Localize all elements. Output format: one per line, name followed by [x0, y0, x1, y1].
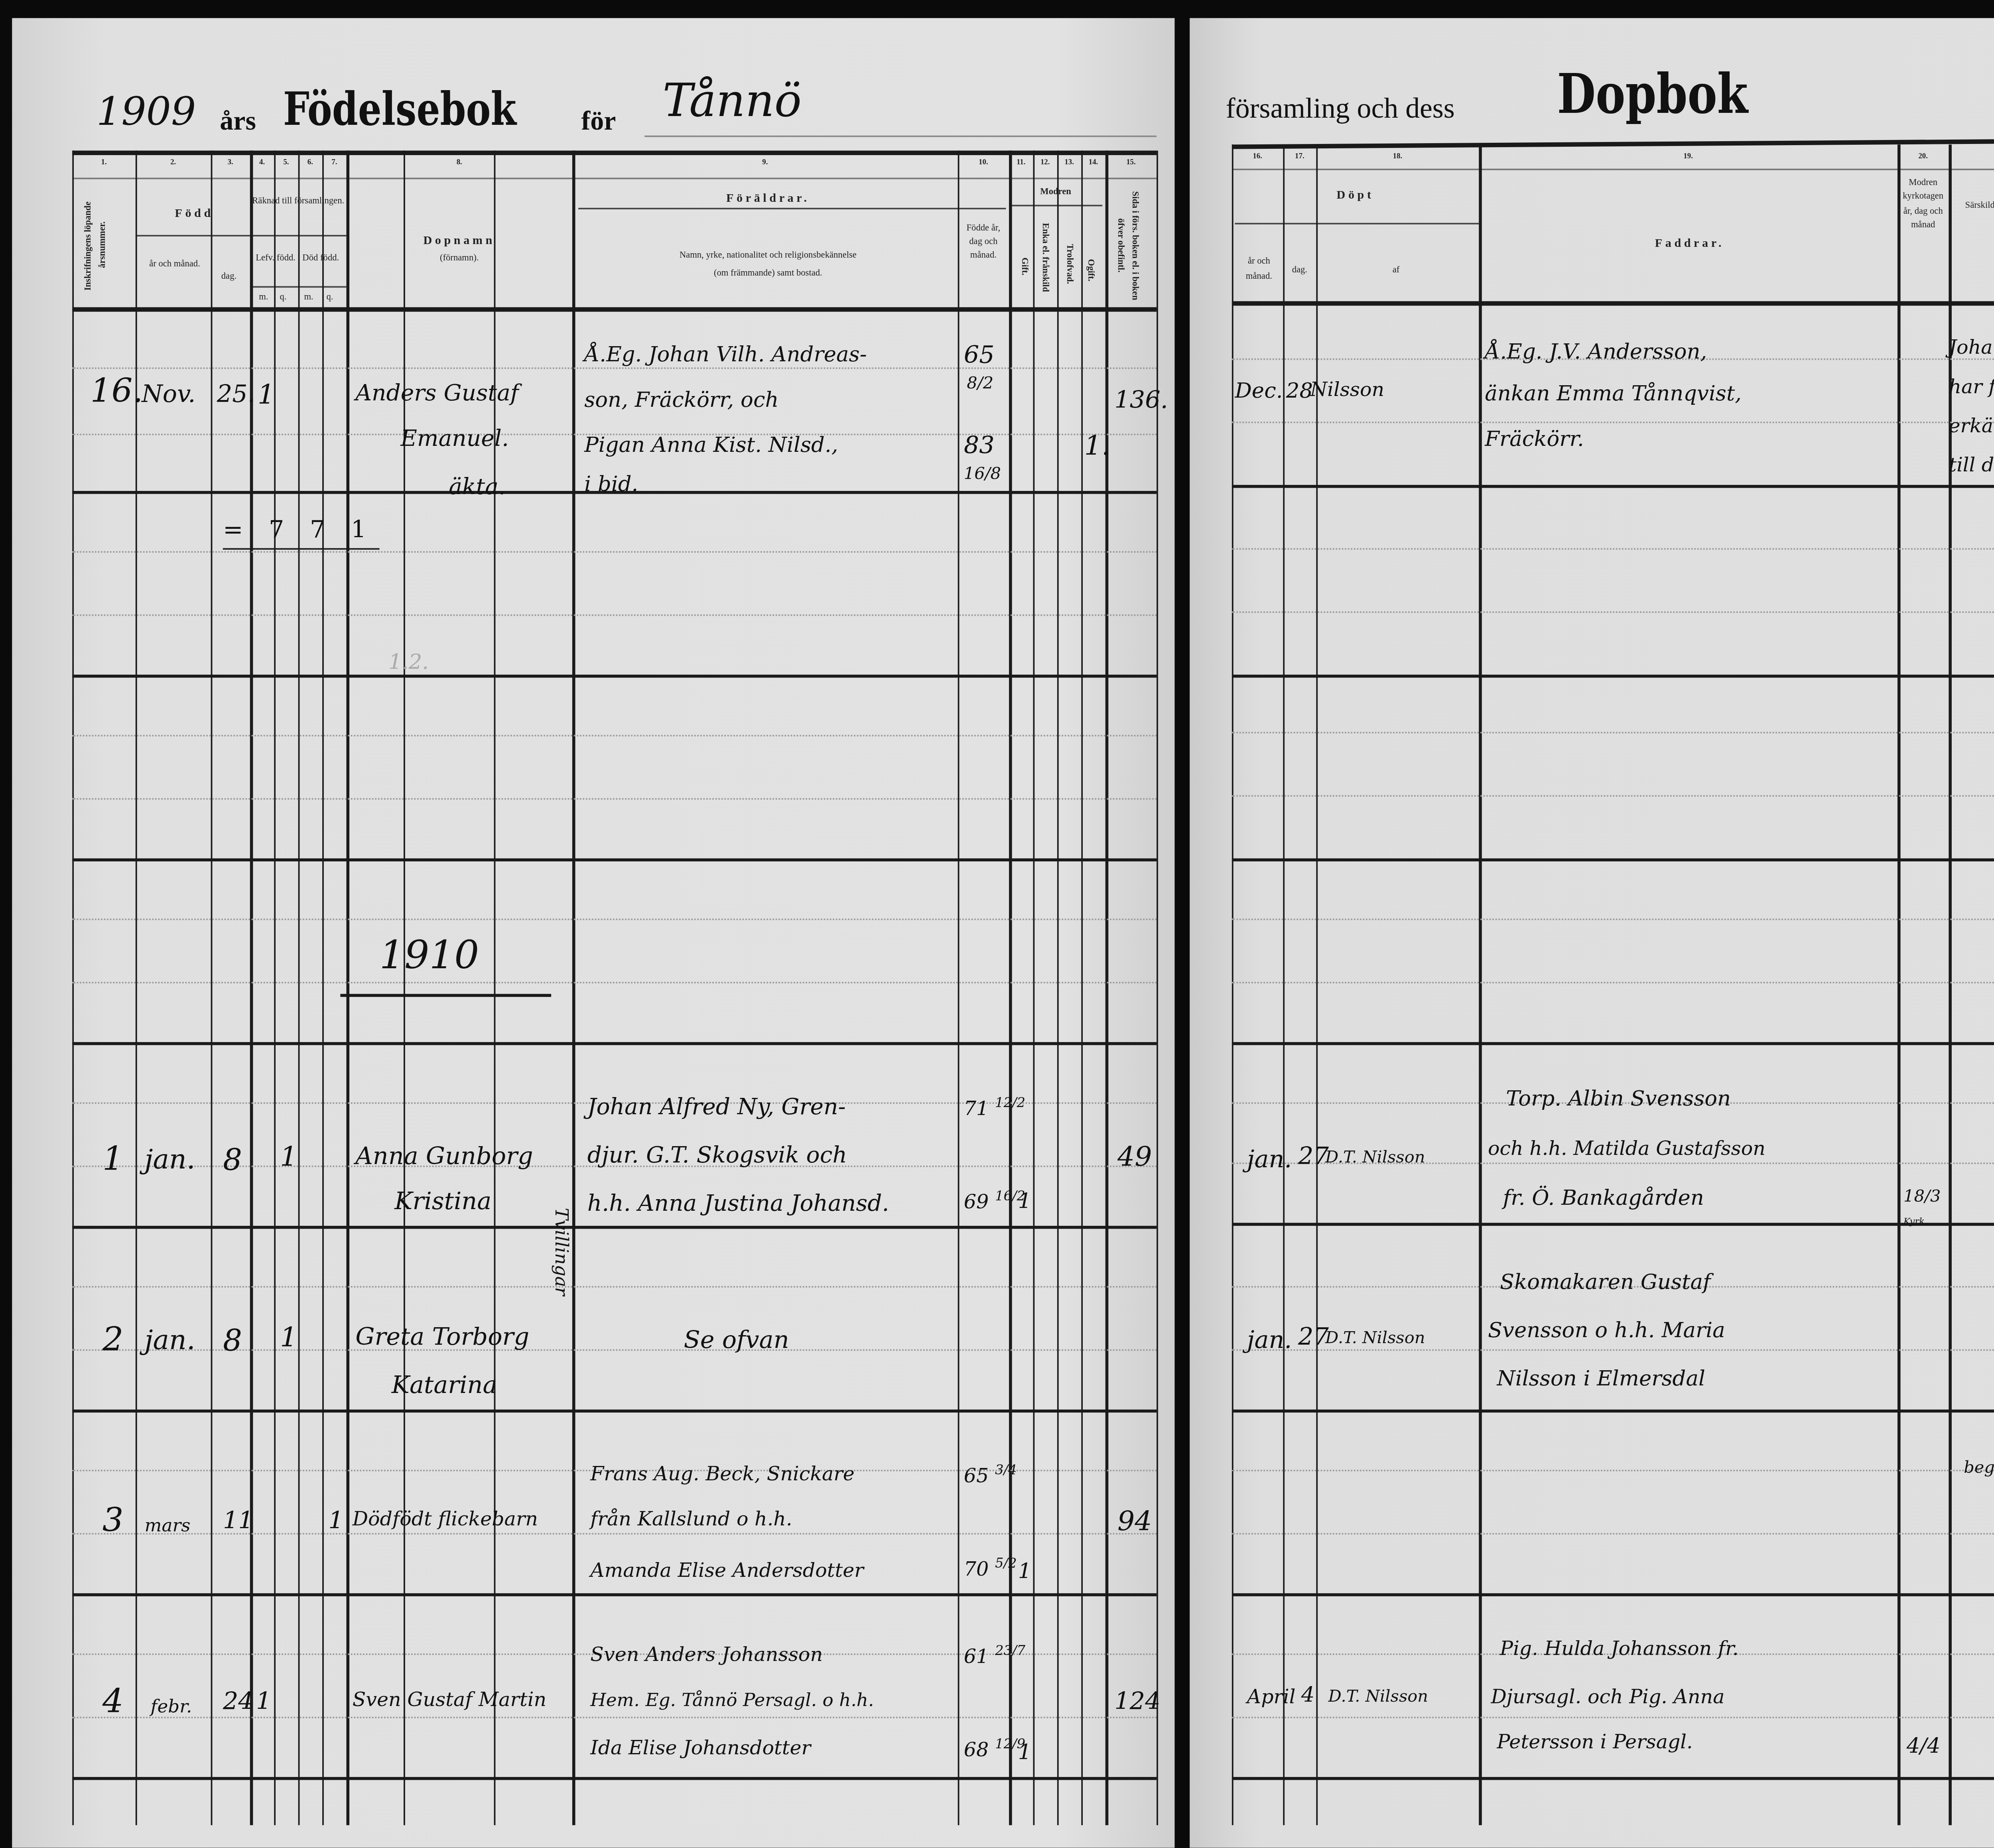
row-separator	[72, 1777, 1157, 1780]
father-born-year: 71	[964, 1098, 989, 1121]
row-separator	[1232, 675, 1994, 678]
entry-day: 8	[223, 1141, 242, 1178]
header-bottom-rule	[1232, 301, 1994, 305]
grid-column-line	[1081, 151, 1083, 1825]
entry-day: 11	[223, 1506, 254, 1535]
entry-number: 1	[102, 1141, 124, 1179]
parents-line: son, Fräckörr, och	[584, 388, 778, 412]
entry-name-line: Anna Gunborg	[355, 1141, 533, 1170]
col-sida-header: Sida i förs. boken el. i boken öfver obe…	[1111, 184, 1140, 307]
parents-see-above: Se ofvan	[684, 1325, 789, 1354]
sponsor-line: änkan Emma Tånnqvist,	[1485, 382, 1742, 406]
column-number: 17.	[1283, 154, 1316, 161]
entry-month: jan.	[145, 1145, 195, 1176]
row-separator	[1232, 858, 1994, 861]
entry-month: mars	[145, 1515, 191, 1536]
left-header-parish: Tånnö	[663, 75, 802, 128]
parents-line: djur. G.T. Skogsvik och	[587, 1141, 847, 1168]
col-q1: q.	[276, 292, 291, 307]
grid-column-line	[1283, 145, 1285, 1825]
year-marker-1910: 1910	[380, 934, 479, 979]
grid-column-line	[347, 151, 350, 1825]
column-number: 7.	[322, 160, 346, 167]
entry-gift: 1	[1018, 1560, 1032, 1584]
grid-column-line	[298, 151, 300, 1825]
column-number: 2.	[136, 160, 211, 167]
column-number: 5.	[274, 160, 298, 167]
father-born-year: 65	[964, 340, 995, 369]
column-number: 13.	[1057, 160, 1081, 167]
summary-total: = 7 7 1	[223, 515, 375, 544]
column-number: 8.	[347, 160, 572, 167]
row-separator	[1232, 485, 1994, 488]
col-dod-header: Död född.	[298, 253, 343, 267]
grid-column-line	[72, 151, 74, 1825]
col-modren-header: Modren	[1009, 187, 1102, 201]
entry-month: febr.	[151, 1696, 192, 1717]
mother-born-year: 69	[964, 1192, 989, 1214]
mother-born: 69 16/2	[964, 1190, 1025, 1214]
mother-born: 70 5/2	[964, 1557, 1017, 1582]
parents-line: från Kallslund o h.h.	[590, 1509, 792, 1532]
churching-note: Kyrk.	[1903, 1217, 1927, 1227]
mother-born-date: 5/2	[995, 1557, 1017, 1572]
mother-born-year: 68	[964, 1740, 989, 1763]
note-line: erkänt sig vara fader	[1949, 416, 1994, 438]
right-header-title: Dopbok	[1557, 63, 1748, 127]
baptism-month: Dec.	[1235, 380, 1283, 404]
column-number: 14.	[1081, 160, 1105, 167]
summary-underline	[223, 548, 380, 550]
ruled-guide	[1232, 918, 1994, 920]
ruled-guide	[72, 1717, 1157, 1718]
column-number: 6.	[298, 160, 322, 167]
grid-column-line	[1897, 145, 1901, 1825]
left-header-year: 1909	[97, 91, 196, 136]
ruled-guide	[1232, 795, 1994, 797]
baptized-by: D.T. Nilsson	[1325, 1147, 1425, 1167]
ruled-guide	[72, 1286, 1157, 1288]
ruled-guide	[1232, 1717, 1994, 1718]
entry-number: 2	[102, 1322, 124, 1360]
col-dopnamn-header: Dopnamn	[347, 232, 572, 251]
parents-line: h.h. Anna Justina Johansd.	[587, 1190, 889, 1217]
header-bottom-rule	[72, 307, 1157, 311]
row-separator	[1232, 1593, 1994, 1596]
col-ar-manad-header: år och månad.	[1235, 256, 1283, 285]
ruled-guide	[1232, 1533, 1994, 1535]
ruled-guide	[1232, 548, 1994, 550]
col-ogift-header: Ogift.	[1081, 235, 1096, 304]
ruled-guide	[1232, 611, 1994, 613]
entry-name-line: Katarina	[392, 1370, 497, 1399]
sponsor-line: Å.Eg. J.V. Andersson,	[1485, 340, 1707, 364]
entry-lefv-m: 1	[256, 1686, 271, 1715]
father-born-year: 61	[964, 1647, 989, 1669]
baptism-month: jan.	[1247, 1145, 1292, 1173]
sponsor-line: Djursagl. och Pig. Anna	[1491, 1686, 1724, 1709]
column-number: 10.	[958, 160, 1009, 167]
entry-name-line: Greta Torborg	[355, 1322, 529, 1351]
column-number: 19.	[1479, 154, 1897, 161]
colnum-rule	[1232, 169, 1994, 170]
parents-line: Å.Eg. Johan Vilh. Andreas-	[584, 343, 867, 367]
col-dopt-header: Döpt	[1235, 187, 1476, 206]
sponsor-line: Torp. Albin Svensson	[1506, 1087, 1731, 1111]
baptized-by: Nilsson	[1310, 380, 1384, 402]
dopt-rule	[1235, 223, 1479, 225]
col-foraldrar-sub: Namn, yrke, nationalitet och religionsbe…	[578, 250, 958, 264]
father-born-date: 23/7	[995, 1645, 1025, 1660]
col-gift-header: Gift.	[1015, 229, 1029, 304]
mother-born: 68 12/9	[964, 1738, 1025, 1763]
column-number: 21.	[1949, 154, 1994, 161]
col-enka-header: Enka el. frånskild	[1036, 211, 1050, 304]
col-dag-header: dag.	[1283, 265, 1316, 280]
row-separator	[72, 1593, 1157, 1596]
year-marker-underline	[340, 994, 551, 997]
column-number: 4.	[250, 160, 274, 167]
faint-mark: 1.2.	[388, 650, 429, 674]
entry-month: jan.	[145, 1325, 195, 1357]
baptized-by: D.T. Nilsson	[1325, 1328, 1425, 1348]
col-q2: q.	[322, 292, 337, 307]
grid-column-line	[322, 151, 324, 1825]
col-foraldrar-header: Föräldrar.	[578, 190, 958, 209]
row-separator	[1232, 1042, 1994, 1045]
col-fodde-header: Födde år, dag och månad.	[961, 223, 1006, 264]
grid-column-line	[1033, 151, 1034, 1825]
entry-gift: 1	[1018, 1741, 1032, 1765]
sponsor-line: Pig. Hulda Johansson fr.	[1500, 1639, 1739, 1661]
row-separator	[72, 858, 1157, 861]
row-separator	[72, 1226, 1157, 1229]
entry-sida: 124	[1114, 1686, 1160, 1715]
father-born-date: 12/2	[995, 1096, 1025, 1111]
table-top-rule	[1232, 137, 1994, 149]
ruled-guide	[1232, 1349, 1994, 1351]
sponsor-line: och h.h. Matilda Gustafsson	[1488, 1139, 1765, 1161]
parents-line: Amanda Elise Andersdotter	[590, 1560, 863, 1583]
col-foraldrar-sub2: (om främmande) samt bostad.	[578, 268, 958, 282]
column-number: 18.	[1316, 154, 1479, 161]
right-page-baptism-register: 32 församling och dess Dopbok för år 190…	[1190, 18, 1994, 1848]
ruled-guide	[72, 735, 1157, 737]
entry-dod-q: 1	[328, 1506, 343, 1535]
father-born-year: 65	[964, 1466, 989, 1488]
father-born: 65 3/4	[964, 1464, 1017, 1488]
entry-name-line: Kristina	[394, 1187, 491, 1216]
entry-name-line: Dödfödt flickebarn	[353, 1509, 538, 1532]
ruled-guide	[72, 551, 1157, 553]
ruled-guide	[1232, 1470, 1994, 1472]
grid-column-line	[1105, 151, 1109, 1825]
row-separator	[1232, 1223, 1994, 1226]
parents-line: Hem. Eg. Tånnö Persagl. o h.h.	[590, 1690, 874, 1711]
column-number: 12.	[1033, 160, 1057, 167]
column-number: 3.	[211, 160, 250, 167]
baptism-day: 27	[1298, 1322, 1329, 1351]
entry-name-line: Anders Gustaf	[355, 380, 519, 407]
colnum-rule	[72, 178, 1157, 179]
note-line: har för dopförättaren	[1949, 376, 1994, 399]
parents-line: Frans Aug. Beck, Snickare	[590, 1464, 854, 1486]
margin-note-twins: Tvillingar	[551, 1208, 572, 1296]
col-af-header: af	[1316, 265, 1476, 280]
row-separator	[72, 675, 1157, 678]
entry-lefv-m: 1	[258, 380, 275, 411]
entry-day: 24	[223, 1686, 254, 1715]
left-page-birth-register: 1909 års Födelsebok för Tånnö 1.2.3.4.5.…	[12, 18, 1174, 1848]
grid-column-line	[1232, 145, 1233, 1825]
book-spread: 1909 års Födelsebok för Tånnö 1.2.3.4.5.…	[0, 0, 1994, 1848]
entry-name-line: äkta.	[449, 473, 506, 500]
entry-lefv-q: 1	[280, 1322, 297, 1354]
col-anteckningar-header: Särskilda anteckningar, såsom om modrens…	[1961, 199, 1994, 229]
parents-line: Johan Alfred Ny, Gren-	[587, 1093, 846, 1121]
col-ar-manad-header: år och månad.	[138, 259, 211, 274]
modren-rule	[1009, 205, 1102, 207]
col-inskrifning-header: Inskrifningens löpande årsnummer.	[83, 187, 112, 304]
column-number: 15.	[1105, 160, 1157, 167]
col-m1: m.	[256, 292, 271, 307]
ruled-guide	[72, 982, 1157, 983]
baptism-day: 4	[1301, 1684, 1315, 1708]
entry-sida: 94	[1117, 1506, 1152, 1537]
ruled-guide	[72, 918, 1157, 920]
baptized-by: D.T. Nilsson	[1328, 1686, 1428, 1706]
row-separator	[1232, 1410, 1994, 1413]
ruled-guide	[72, 798, 1157, 800]
grid-column-line	[1479, 145, 1482, 1825]
col-trolofvad-header: Trolofvad.	[1060, 223, 1074, 304]
grid-column-line	[958, 151, 960, 1825]
right-header-prefix: församling och dess	[1226, 93, 1455, 126]
entry-ogift: 1.	[1084, 431, 1110, 462]
fodd-sub-rule	[136, 235, 347, 236]
entry-number: 4	[102, 1684, 124, 1721]
col-fornamn-header: (förnamn).	[347, 253, 572, 267]
ruled-guide	[1232, 422, 1994, 423]
sponsor-line: Skomakaren Gustaf	[1500, 1271, 1710, 1295]
header-underline	[644, 136, 1157, 137]
note-line: Johan Vilh. Andreasson	[1949, 337, 1994, 360]
parents-line: i bid.	[584, 473, 638, 497]
column-number: 16.	[1232, 154, 1283, 161]
father-born-date: 3/4	[995, 1464, 1017, 1479]
parents-line: Pigan Anna Kist. Nilsd.,	[584, 434, 838, 458]
entry-name-line: Emanuel.	[400, 425, 508, 452]
entry-number: 3	[102, 1503, 124, 1541]
col-faddrar-header: Faddrar.	[1482, 235, 1897, 254]
sponsor-line: Petersson i Persagl.	[1497, 1732, 1693, 1755]
foraldrar-rule	[578, 208, 1006, 209]
grid-column-line	[1057, 151, 1059, 1825]
column-number: 9.	[572, 160, 958, 167]
father-born: 71 12/2	[964, 1096, 1025, 1121]
left-header-for: för	[581, 105, 616, 137]
entry-name-line: Sven Gustaf Martin	[353, 1690, 546, 1712]
entry-day: 8	[223, 1322, 242, 1359]
table-top-rule	[72, 151, 1157, 155]
ruled-guide	[1232, 982, 1994, 983]
entry-lefv-q: 1	[280, 1141, 297, 1173]
note-line: till detta barn.	[1949, 455, 1994, 477]
left-header-ars: års	[220, 105, 256, 137]
ruled-guide	[72, 615, 1157, 616]
sponsor-line: Fräckörr.	[1485, 428, 1584, 451]
baptism-day: 28	[1286, 380, 1313, 404]
row-separator	[72, 1410, 1157, 1413]
entry-day: 25.	[217, 380, 255, 408]
column-number: 1.	[72, 160, 136, 167]
father-born-date: 8/2	[967, 373, 993, 393]
col-m2: m.	[301, 292, 316, 307]
baptism-month: jan.	[1247, 1325, 1292, 1354]
row-separator	[72, 1042, 1157, 1045]
sponsor-line: fr. Ö. Bankagården	[1503, 1187, 1704, 1211]
grid-column-line	[572, 151, 575, 1825]
ruled-guide	[1232, 732, 1994, 733]
baptism-month: April	[1247, 1686, 1296, 1709]
churching-date: 4/4	[1907, 1735, 1941, 1759]
sponsor-line: Nilsson i Elmersdal	[1497, 1367, 1705, 1391]
sponsor-line: Svensson o h.h. Maria	[1488, 1319, 1725, 1343]
grid-column-line	[211, 151, 213, 1825]
mother-born-year: 70	[964, 1559, 989, 1582]
churching-date: 18/3	[1903, 1187, 1941, 1206]
entry-number: 16.	[91, 373, 143, 411]
left-header-title: Födelsebok	[283, 84, 516, 137]
mother-born-year: 83	[964, 431, 995, 459]
col-fodd-header: Född	[142, 205, 247, 224]
entry-sida: 136.	[1114, 386, 1168, 414]
entry-gift: 1	[1018, 1190, 1032, 1214]
baptism-day: 27	[1298, 1141, 1329, 1170]
entry-sida: 49	[1117, 1141, 1152, 1173]
col-dag-header: dag.	[211, 271, 247, 286]
column-number: 20.	[1897, 154, 1949, 161]
column-number: 11.	[1009, 160, 1033, 167]
row-separator	[1232, 1777, 1994, 1780]
note-bega: bega. 13/3	[1964, 1458, 1994, 1477]
parents-line: Sven Anders Johansson	[590, 1645, 823, 1667]
entry-month: Nov.	[142, 380, 195, 408]
mother-born-date: 16/8	[964, 464, 1001, 483]
father-born: 61 23/7	[964, 1645, 1025, 1669]
parents-line: Ida Elise Johansdotter	[590, 1738, 811, 1761]
col-kyrkotagen-header: Modren kyrkotagen år, dag och månad	[1897, 178, 1949, 234]
